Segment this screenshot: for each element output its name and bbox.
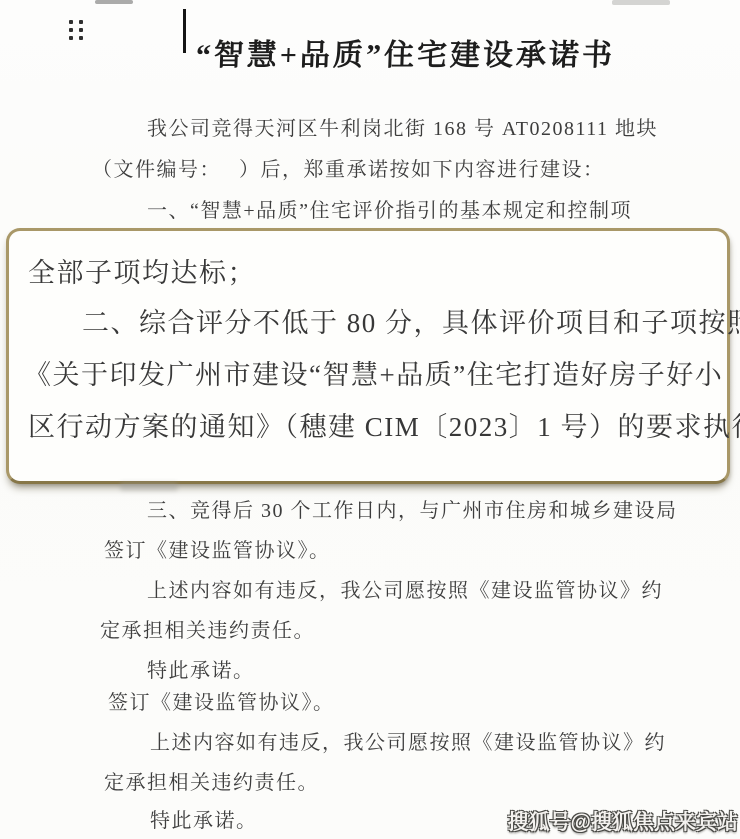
highlight-box: 全部子项均达标； 二、综合评分不低于 80 分，具体评价项目和子项按照 《关于印… [6,228,730,484]
crop-artifact-right [612,0,670,5]
highlight-line: 全部子项均达标； [28,251,256,290]
body-line: 定承担相关违约责任。 [100,614,315,643]
document-title: “智慧+品质”住宅建设承诺书 [195,30,627,74]
body-line: 上述内容如有违反，我公司愿按照《建设监管协议》约 [147,574,663,603]
body-line: 签订《建设监管协议》。 [108,686,335,715]
crop-artifact-left [95,0,133,4]
body-line: 签订《建设监管协议》。 [104,534,331,563]
intro-line: （文件编号： ）后，郑重承诺按如下内容进行建设： [92,153,605,182]
highlight-line: 《关于印发广州市建设“智慧+品质”住宅打造好房子好小 [24,353,723,392]
highlight-line: 区行动方案的通知》（穗建 CIM〔2023〕1 号）的要求执行； [28,405,740,444]
grip-dots-icon [69,20,83,40]
watermark: 搜狐号@搜狐焦点来宾站 [508,806,738,836]
cursor-bar [183,9,186,53]
body-line: 特此承诺。 [150,804,258,833]
body-line: 三、竞得后 30 个工作日内，与广州市住房和城乡建设局 [147,494,678,523]
document-page: “智慧+品质”住宅建设承诺书 我公司竞得天河区牛利岗北街 168 号 AT020… [0,0,740,839]
intro-line: 我公司竞得天河区牛利岗北街 168 号 AT0208111 地块 [147,112,658,141]
intro-line: 一、“智慧+品质”住宅评价指引的基本规定和控制项 [147,194,632,223]
body-line: 上述内容如有违反，我公司愿按照《建设监管协议》约 [150,726,666,755]
highlight-line: 二、综合评分不低于 80 分，具体评价项目和子项按照 [82,301,740,340]
body-line: 特此承诺。 [147,654,255,683]
obscured-text-smudge [120,482,178,491]
body-line: 定承担相关违约责任。 [104,766,319,795]
